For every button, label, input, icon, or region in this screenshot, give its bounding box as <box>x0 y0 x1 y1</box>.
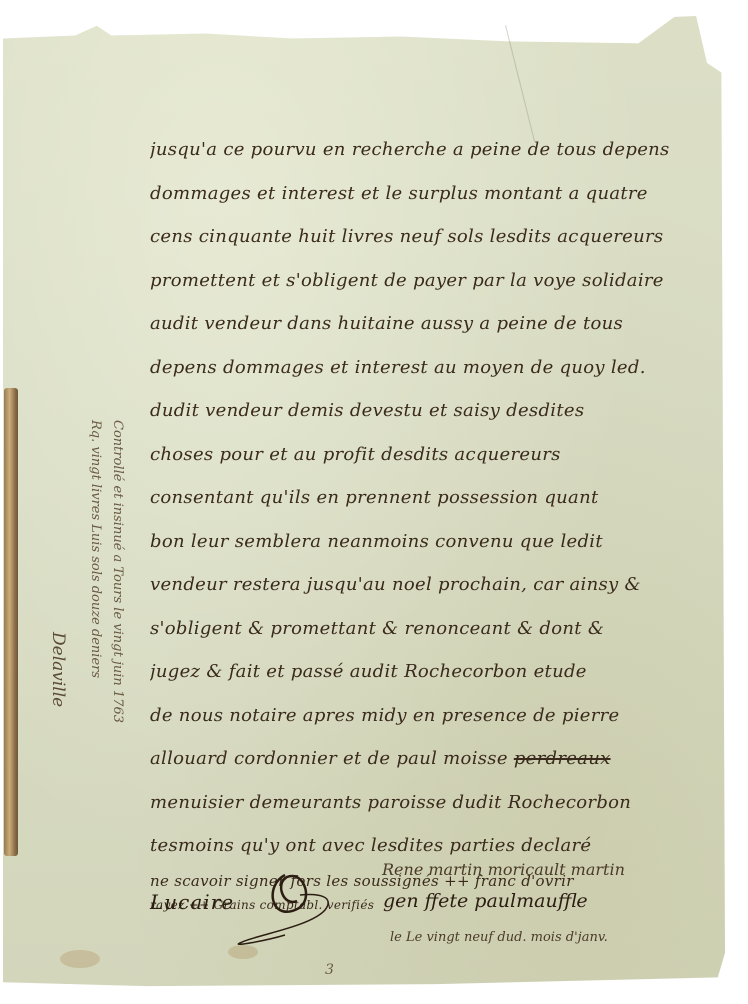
notary-signature: Lucaire <box>150 890 234 914</box>
struck-word: perdreaux <box>514 748 611 769</box>
text-line: de nous notaire apres midy en presence d… <box>150 694 740 738</box>
date-note: le Le vingt neuf dud. mois d'janv. <box>390 930 608 945</box>
paper-stain <box>228 945 258 959</box>
text-line: choses pour et au profit desdits acquere… <box>150 433 740 477</box>
text-fragment: allouard cordonnier et de paul moisse <box>150 748 508 769</box>
margin-line: Rq. vingt livres Luis sols douze deniers <box>84 420 106 900</box>
text-line: dudit vendeur demis devestu et saisy des… <box>150 389 740 433</box>
text-line: vendeur restera jusqu'au noel prochain, … <box>150 563 740 607</box>
text-line: allouard cordonnier et de paul moisse pe… <box>150 737 740 781</box>
margin-signature: Delaville <box>48 632 68 707</box>
paper-stain <box>60 950 100 968</box>
page-number: 3 <box>325 962 334 978</box>
margin-registration-note: Controllé et insinué a Tours le vingt ju… <box>18 420 128 900</box>
text-line: jugez & fait et passé audit Rochecorbon … <box>150 650 740 694</box>
text-line: consentant qu'ils en prennent possession… <box>150 476 740 520</box>
witness-signatures: gen ffete paulmauffle <box>383 890 588 912</box>
text-line: depens dommages et interest au moyen de … <box>150 346 740 390</box>
text-line: audit vendeur dans huitaine aussy a pein… <box>150 302 740 346</box>
text-line: s'obligent & promettant & renonceant & d… <box>150 607 740 651</box>
paraph-flourish-icon <box>225 865 385 945</box>
document-body: jusqu'a ce pourvu en recherche a peine d… <box>150 128 740 916</box>
margin-line: Controllé et insinué a Tours le vingt ju… <box>106 420 128 900</box>
text-line: jusqu'a ce pourvu en recherche a peine d… <box>150 128 740 172</box>
text-line: bon leur semblera neanmoins convenu que … <box>150 520 740 564</box>
binding-strip <box>4 388 18 856</box>
witness-signatures: Rene martin moricault martin <box>382 860 625 879</box>
text-line: menuisier demeurants paroisse dudit Roch… <box>150 781 740 825</box>
text-line: dommages et interest et le surplus monta… <box>150 172 740 216</box>
text-line: promettent et s'obligent de payer par la… <box>150 259 740 303</box>
text-line: cens cinquante huit livres neuf sols les… <box>150 215 740 259</box>
